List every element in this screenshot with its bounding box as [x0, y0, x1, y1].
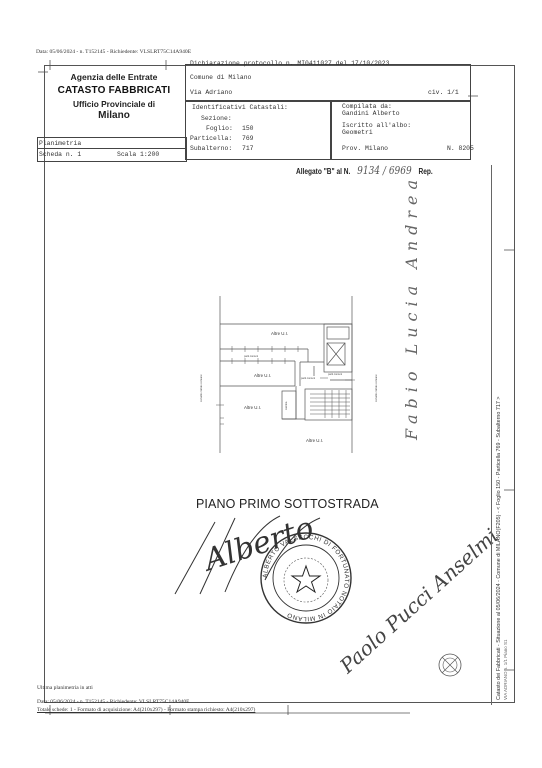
corridor-label-3: parti comuni [328, 373, 342, 376]
footer-ultima-planimetria: Ultima planimetria in atti [37, 685, 93, 691]
agency-header: Agenzia delle Entrate CATASTO FABBRICATI… [44, 72, 184, 121]
seal-text: ALBERTO VALSECCHI DI FORTUNATO NOTAIO IN… [262, 534, 350, 622]
scala-label: Scala 1:200 [117, 151, 159, 158]
planimetria-divider [37, 148, 185, 149]
address-civico: civ. 1/1 [428, 89, 459, 96]
side-vertical-status: Catasto dei Fabbricati - Situazione al 0… [496, 396, 502, 700]
star-icon [292, 566, 320, 592]
room-label-top: Altre U.I. [271, 331, 288, 336]
cantina-label: cantina [285, 402, 288, 410]
side-label-left: corsello carraio comune [200, 374, 203, 402]
planimetria-label: Planimetria [39, 140, 81, 147]
iscritto-label: Iscritto all'albo: [342, 122, 411, 129]
declaration-box [185, 64, 471, 102]
sezione-label: Sezione: [201, 115, 232, 122]
subalterno-value: 717 [242, 145, 254, 152]
room-label-bottom: Altre U.I. [306, 438, 323, 443]
comune: Comune di Milano [190, 74, 251, 81]
corridor-label-2: parti comuni [301, 377, 315, 380]
room-label-middle: Altre U.I. [254, 373, 271, 378]
handwritten-signature-vertical: Fabio Lucia Andrea [402, 174, 421, 440]
side-label-right: corsello carraio comune [375, 374, 378, 402]
subalterno-label: Subalterno: [190, 145, 232, 152]
footer-totale-schede: Totale schede: 1 - Formato di acquisizio… [37, 707, 255, 713]
footer-request-line: Data: 05/06/2024 - n. T152145 - Richiede… [37, 699, 190, 705]
corridor-label-1: parti comuni [244, 355, 258, 358]
ufficio-label: Ufficio Provinciale di [44, 99, 184, 109]
declaration-text: Dichiarazione protocollo n. MI0411027 de… [190, 60, 389, 67]
compilata-label: Compilata da: [342, 103, 392, 110]
side-vertical-address: VIA ADRIANO n. 1/1 Piano S1 [503, 639, 508, 700]
svg-text:ALBERTO VALSECCHI DI FORTUNATO: ALBERTO VALSECCHI DI FORTUNATO NOTAIO IN… [262, 534, 350, 622]
foglio-value: 150 [242, 125, 254, 132]
foglio-label: Foglio: [206, 125, 233, 132]
room-label-lower-left: Altre U.I. [244, 405, 261, 410]
iscritto-value: Geometri [342, 129, 373, 136]
allegato-prefix: Allegato "B" al N. [296, 167, 350, 176]
albo-number: N. 8205 [447, 145, 474, 152]
particella-label: Particella: [190, 135, 232, 142]
notary-seal: ALBERTO VALSECCHI DI FORTUNATO NOTAIO IN… [258, 530, 354, 626]
identificativi-title: Identificativi Catastali: [192, 104, 288, 111]
compilata-value: Gandini Alberto [342, 110, 400, 117]
provincia: Prov. Milano [342, 145, 388, 152]
ufficio-city: Milano [44, 110, 184, 121]
ornament-circle-icon [437, 652, 463, 678]
agency-name: Agenzia delle Entrate [44, 72, 184, 82]
declaration-protocol: Dichiarazione protocollo n. MI0411027 de… [190, 60, 389, 67]
floor-plan [180, 290, 380, 460]
address-via: Via Adriano [190, 89, 232, 96]
side-divider [491, 165, 492, 705]
particella-value: 769 [242, 135, 254, 142]
floor-title: PIANO PRIMO SOTTOSTRADA [196, 497, 379, 511]
catasto-title: CATASTO FABBRICATI [44, 85, 184, 96]
scheda-label: Scheda n. 1 [39, 151, 81, 158]
